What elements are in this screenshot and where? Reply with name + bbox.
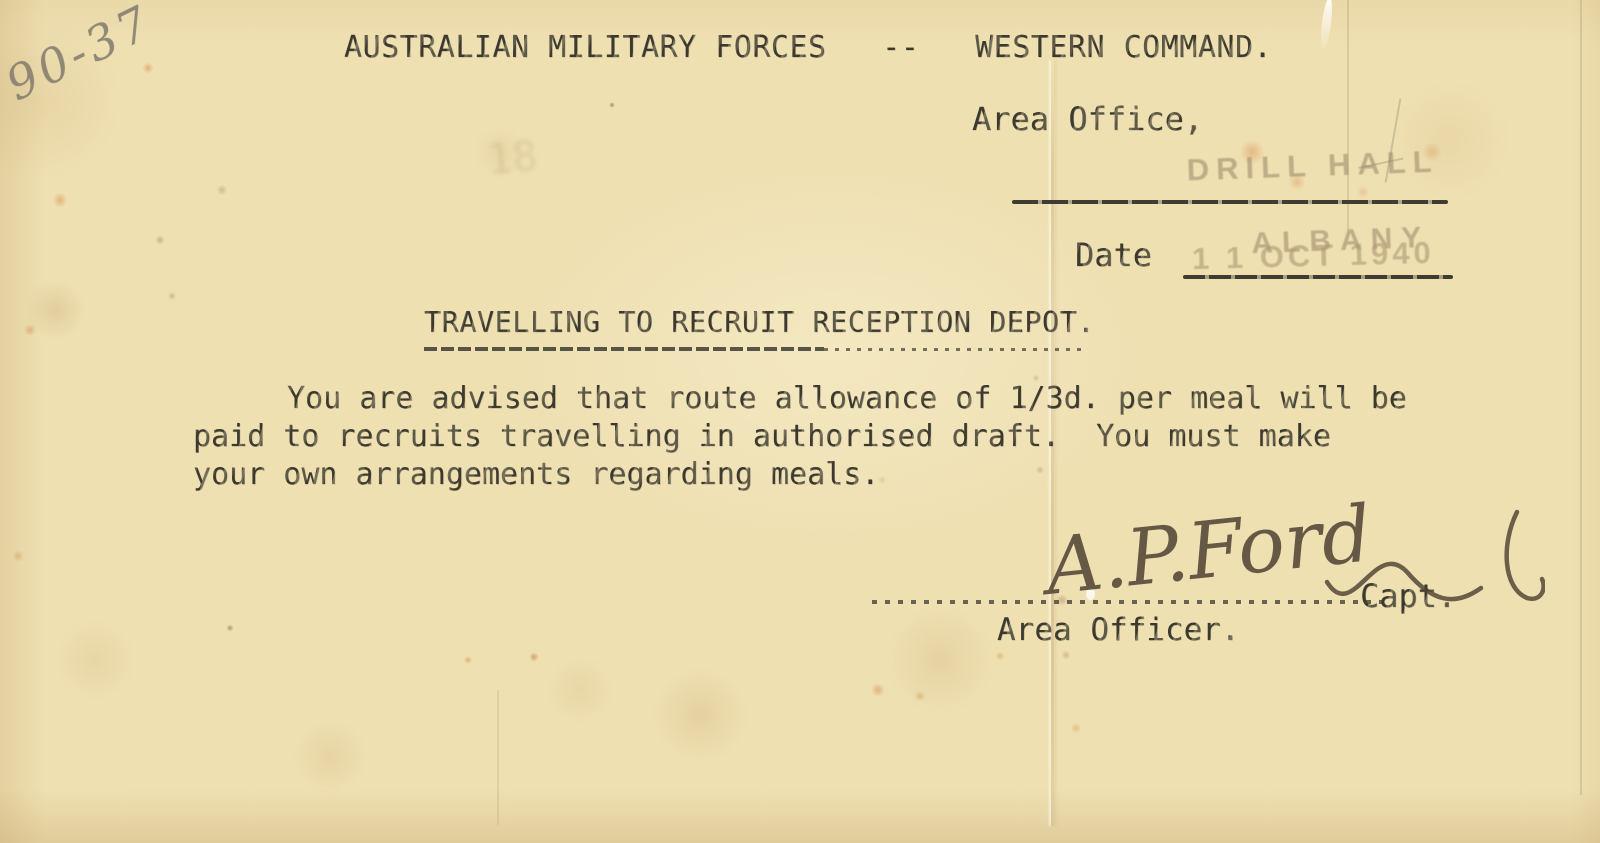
paper-chip	[1086, 588, 1095, 600]
fold-crease-right-edge	[1580, 0, 1582, 795]
body-line-2: paid to recruits travelling in authorise…	[193, 419, 1331, 454]
date-stamp: 1 1 OCT 1940	[1192, 235, 1436, 277]
subject-title: TRAVELLING TO RECRUIT RECEPTION DEPOT.	[424, 306, 1095, 339]
ghost-mark: 18	[485, 131, 540, 184]
paper-tear	[1319, 0, 1334, 49]
body-line-3: your own arrangements regarding meals.	[193, 457, 879, 492]
document-header: AUSTRALIAN MILITARY FORCES -- WESTERN CO…	[344, 30, 1272, 65]
office-rule	[1012, 200, 1448, 204]
stamp-line-1: DRILL HALL	[1186, 144, 1439, 189]
paper-shadow-wrap: 90-37 18 AUSTRALIAN MILITARY FORCES -- W…	[0, 0, 1600, 843]
date-label: Date	[1075, 236, 1152, 274]
area-office-line: Area Office,	[972, 100, 1203, 138]
rank-label: Capt.	[1360, 577, 1456, 615]
fold-crease-bottom-left	[497, 690, 499, 825]
title-underline-dots	[824, 348, 1082, 351]
title-underline	[424, 347, 824, 351]
body-line-1: You are advised that route allowance of …	[287, 381, 1407, 416]
paper: 90-37 18 AUSTRALIAN MILITARY FORCES -- W…	[0, 0, 1600, 843]
date-rule	[1183, 275, 1453, 279]
role-label: Area Officer.	[997, 612, 1240, 648]
signature-dotted-line	[872, 600, 1387, 604]
archive-number-pencil: 90-37	[0, 0, 162, 112]
scan-canvas: 90-37 18 AUSTRALIAN MILITARY FORCES -- W…	[0, 0, 1600, 843]
signature-flourish-end	[1507, 512, 1544, 599]
